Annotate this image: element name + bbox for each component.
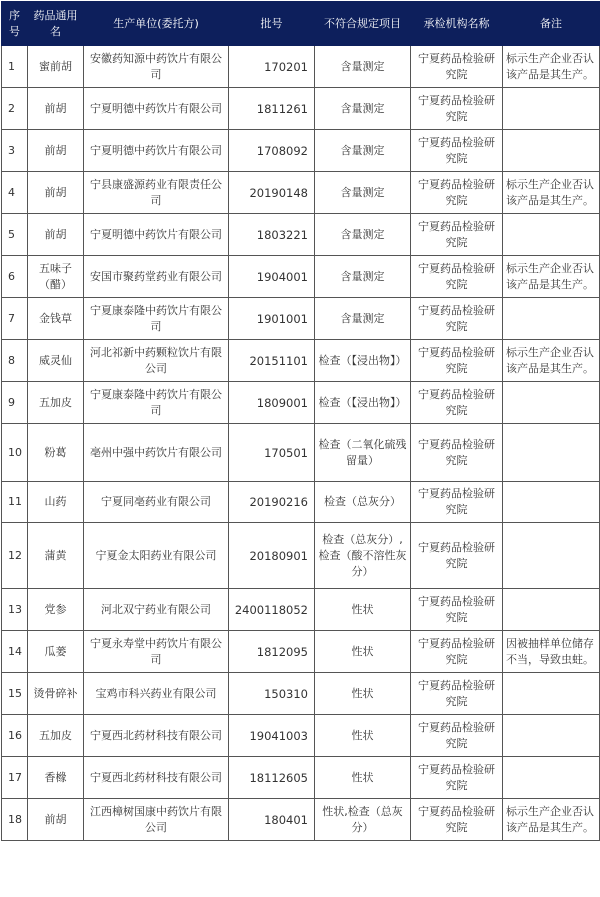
cell-seq: 9 <box>2 382 28 424</box>
cell-batch: 18112605 <box>229 757 315 799</box>
table-row: 12蒲黄宁夏金太阳药业有限公司20180901检查（总灰分）,检查（酸不溶性灰分… <box>2 523 600 589</box>
cell-seq: 3 <box>2 130 28 172</box>
cell-note <box>503 298 600 340</box>
cell-testing-lab: 宁夏药品检验研究院 <box>411 715 503 757</box>
cell-manufacturer: 宁县康盛源药业有限责任公司 <box>84 172 229 214</box>
cell-note <box>503 482 600 523</box>
cell-nonconforming-item: 含量测定 <box>315 172 411 214</box>
cell-seq: 6 <box>2 256 28 298</box>
cell-seq: 14 <box>2 631 28 673</box>
nonconforming-drugs-table: 序号 药品通用名 生产单位(委托方) 批号 不符合规定项目 承检机构名称 备注 … <box>1 1 600 841</box>
cell-testing-lab: 宁夏药品检验研究院 <box>411 340 503 382</box>
table-row: 7金钱草宁夏康泰隆中药饮片有限公司1901001含量测定宁夏药品检验研究院 <box>2 298 600 340</box>
cell-batch: 1708092 <box>229 130 315 172</box>
table-row: 13党参河北双宁药业有限公司2400118052性状宁夏药品检验研究院 <box>2 589 600 631</box>
cell-batch: 170201 <box>229 46 315 88</box>
cell-nonconforming-item: 含量测定 <box>315 130 411 172</box>
cell-note <box>503 757 600 799</box>
cell-manufacturer: 安徽药知源中药饮片有限公司 <box>84 46 229 88</box>
cell-manufacturer: 宁夏康泰隆中药饮片有限公司 <box>84 298 229 340</box>
cell-seq: 15 <box>2 673 28 715</box>
cell-manufacturer: 河北祁新中药颗粒饮片有限公司 <box>84 340 229 382</box>
cell-note: 因被抽样单位储存不当，导致虫蛀。 <box>503 631 600 673</box>
cell-testing-lab: 宁夏药品检验研究院 <box>411 424 503 482</box>
cell-drug-name: 前胡 <box>28 130 84 172</box>
header-drug-name: 药品通用名 <box>28 2 84 46</box>
cell-batch: 1812095 <box>229 631 315 673</box>
table-row: 8威灵仙河北祁新中药颗粒饮片有限公司20151101检查（【浸出物】）宁夏药品检… <box>2 340 600 382</box>
cell-testing-lab: 宁夏药品检验研究院 <box>411 631 503 673</box>
table-row: 1蜜前胡安徽药知源中药饮片有限公司170201含量测定宁夏药品检验研究院标示生产… <box>2 46 600 88</box>
header-testing-lab: 承检机构名称 <box>411 2 503 46</box>
cell-nonconforming-item: 检查（总灰分） <box>315 482 411 523</box>
cell-batch: 180401 <box>229 799 315 841</box>
cell-seq: 1 <box>2 46 28 88</box>
cell-testing-lab: 宁夏药品检验研究院 <box>411 523 503 589</box>
table-row: 10粉葛亳州中强中药饮片有限公司170501检查（二氧化硫残留量）宁夏药品检验研… <box>2 424 600 482</box>
cell-batch: 2400118052 <box>229 589 315 631</box>
cell-testing-lab: 宁夏药品检验研究院 <box>411 589 503 631</box>
table-row: 3前胡宁夏明德中药饮片有限公司1708092含量测定宁夏药品检验研究院 <box>2 130 600 172</box>
header-batch: 批号 <box>229 2 315 46</box>
header-note: 备注 <box>503 2 600 46</box>
cell-seq: 12 <box>2 523 28 589</box>
cell-batch: 20180901 <box>229 523 315 589</box>
cell-seq: 16 <box>2 715 28 757</box>
cell-nonconforming-item: 含量测定 <box>315 88 411 130</box>
cell-batch: 20190148 <box>229 172 315 214</box>
cell-batch: 1901001 <box>229 298 315 340</box>
cell-nonconforming-item: 性状 <box>315 715 411 757</box>
cell-drug-name: 威灵仙 <box>28 340 84 382</box>
cell-batch: 1803221 <box>229 214 315 256</box>
cell-drug-name: 蜜前胡 <box>28 46 84 88</box>
cell-nonconforming-item: 检查（【浸出物】） <box>315 382 411 424</box>
cell-manufacturer: 宁夏明德中药饮片有限公司 <box>84 130 229 172</box>
cell-seq: 7 <box>2 298 28 340</box>
cell-batch: 170501 <box>229 424 315 482</box>
cell-manufacturer: 宁夏金太阳药业有限公司 <box>84 523 229 589</box>
cell-nonconforming-item: 性状 <box>315 631 411 673</box>
cell-nonconforming-item: 性状,检查（总灰分） <box>315 799 411 841</box>
cell-note <box>503 130 600 172</box>
cell-testing-lab: 宁夏药品检验研究院 <box>411 214 503 256</box>
cell-testing-lab: 宁夏药品检验研究院 <box>411 382 503 424</box>
cell-testing-lab: 宁夏药品检验研究院 <box>411 130 503 172</box>
table-row: 9五加皮宁夏康泰隆中药饮片有限公司1809001检查（【浸出物】）宁夏药品检验研… <box>2 382 600 424</box>
table-row: 11山药宁夏同亳药业有限公司20190216检查（总灰分）宁夏药品检验研究院 <box>2 482 600 523</box>
table-row: 6五味子（醋）安国市聚药堂药业有限公司1904001含量测定宁夏药品检验研究院标… <box>2 256 600 298</box>
cell-seq: 2 <box>2 88 28 130</box>
cell-manufacturer: 亳州中强中药饮片有限公司 <box>84 424 229 482</box>
cell-drug-name: 前胡 <box>28 88 84 130</box>
table-header-row: 序号 药品通用名 生产单位(委托方) 批号 不符合规定项目 承检机构名称 备注 <box>2 2 600 46</box>
cell-note <box>503 589 600 631</box>
cell-note: 标示生产企业否认该产品是其生产。 <box>503 799 600 841</box>
cell-seq: 10 <box>2 424 28 482</box>
cell-note: 标示生产企业否认该产品是其生产。 <box>503 256 600 298</box>
cell-nonconforming-item: 检查（总灰分）,检查（酸不溶性灰分） <box>315 523 411 589</box>
cell-drug-name: 粉葛 <box>28 424 84 482</box>
cell-nonconforming-item: 检查（二氧化硫残留量） <box>315 424 411 482</box>
cell-drug-name: 党参 <box>28 589 84 631</box>
cell-testing-lab: 宁夏药品检验研究院 <box>411 88 503 130</box>
cell-manufacturer: 宁夏西北药材科技有限公司 <box>84 757 229 799</box>
cell-note <box>503 673 600 715</box>
cell-testing-lab: 宁夏药品检验研究院 <box>411 673 503 715</box>
cell-batch: 20190216 <box>229 482 315 523</box>
cell-testing-lab: 宁夏药品检验研究院 <box>411 482 503 523</box>
cell-manufacturer: 宁夏明德中药饮片有限公司 <box>84 88 229 130</box>
cell-note <box>503 214 600 256</box>
cell-note <box>503 382 600 424</box>
cell-drug-name: 金钱草 <box>28 298 84 340</box>
cell-seq: 8 <box>2 340 28 382</box>
cell-batch: 1809001 <box>229 382 315 424</box>
cell-manufacturer: 河北双宁药业有限公司 <box>84 589 229 631</box>
cell-batch: 20151101 <box>229 340 315 382</box>
cell-seq: 18 <box>2 799 28 841</box>
header-manufacturer: 生产单位(委托方) <box>84 2 229 46</box>
cell-nonconforming-item: 性状 <box>315 673 411 715</box>
cell-seq: 4 <box>2 172 28 214</box>
cell-testing-lab: 宁夏药品检验研究院 <box>411 172 503 214</box>
cell-manufacturer: 宝鸡市科兴药业有限公司 <box>84 673 229 715</box>
cell-testing-lab: 宁夏药品检验研究院 <box>411 46 503 88</box>
table-row: 2前胡宁夏明德中药饮片有限公司1811261含量测定宁夏药品检验研究院 <box>2 88 600 130</box>
cell-manufacturer: 安国市聚药堂药业有限公司 <box>84 256 229 298</box>
cell-seq: 13 <box>2 589 28 631</box>
header-nonconforming-item: 不符合规定项目 <box>315 2 411 46</box>
cell-drug-name: 前胡 <box>28 214 84 256</box>
table-row: 5前胡宁夏明德中药饮片有限公司1803221含量测定宁夏药品检验研究院 <box>2 214 600 256</box>
cell-batch: 1811261 <box>229 88 315 130</box>
cell-testing-lab: 宁夏药品检验研究院 <box>411 799 503 841</box>
cell-manufacturer: 宁夏西北药材科技有限公司 <box>84 715 229 757</box>
cell-drug-name: 香橼 <box>28 757 84 799</box>
table-row: 17香橼宁夏西北药材科技有限公司18112605性状宁夏药品检验研究院 <box>2 757 600 799</box>
cell-drug-name: 五加皮 <box>28 382 84 424</box>
cell-batch: 19041003 <box>229 715 315 757</box>
cell-drug-name: 前胡 <box>28 172 84 214</box>
cell-nonconforming-item: 含量测定 <box>315 46 411 88</box>
header-seq: 序号 <box>2 2 28 46</box>
cell-batch: 1904001 <box>229 256 315 298</box>
cell-testing-lab: 宁夏药品检验研究院 <box>411 757 503 799</box>
cell-seq: 11 <box>2 482 28 523</box>
cell-drug-name: 瓜蒌 <box>28 631 84 673</box>
cell-note: 标示生产企业否认该产品是其生产。 <box>503 172 600 214</box>
cell-note <box>503 715 600 757</box>
cell-drug-name: 烫骨碎补 <box>28 673 84 715</box>
cell-manufacturer: 宁夏康泰隆中药饮片有限公司 <box>84 382 229 424</box>
cell-note <box>503 88 600 130</box>
cell-note <box>503 424 600 482</box>
cell-batch: 150310 <box>229 673 315 715</box>
cell-seq: 17 <box>2 757 28 799</box>
cell-drug-name: 山药 <box>28 482 84 523</box>
cell-nonconforming-item: 性状 <box>315 757 411 799</box>
cell-nonconforming-item: 含量测定 <box>315 256 411 298</box>
cell-drug-name: 五加皮 <box>28 715 84 757</box>
cell-note <box>503 523 600 589</box>
cell-nonconforming-item: 检查（【浸出物】） <box>315 340 411 382</box>
cell-nonconforming-item: 含量测定 <box>315 298 411 340</box>
cell-manufacturer: 宁夏永寿堂中药饮片有限公司 <box>84 631 229 673</box>
cell-drug-name: 蒲黄 <box>28 523 84 589</box>
cell-testing-lab: 宁夏药品检验研究院 <box>411 256 503 298</box>
cell-manufacturer: 江西樟树国康中药饮片有限公司 <box>84 799 229 841</box>
cell-nonconforming-item: 含量测定 <box>315 214 411 256</box>
cell-nonconforming-item: 性状 <box>315 589 411 631</box>
table-row: 16五加皮宁夏西北药材科技有限公司19041003性状宁夏药品检验研究院 <box>2 715 600 757</box>
cell-testing-lab: 宁夏药品检验研究院 <box>411 298 503 340</box>
cell-manufacturer: 宁夏明德中药饮片有限公司 <box>84 214 229 256</box>
table-row: 14瓜蒌宁夏永寿堂中药饮片有限公司1812095性状宁夏药品检验研究院因被抽样单… <box>2 631 600 673</box>
cell-manufacturer: 宁夏同亳药业有限公司 <box>84 482 229 523</box>
cell-drug-name: 五味子（醋） <box>28 256 84 298</box>
table-row: 4前胡宁县康盛源药业有限责任公司20190148含量测定宁夏药品检验研究院标示生… <box>2 172 600 214</box>
cell-note: 标示生产企业否认该产品是其生产。 <box>503 46 600 88</box>
cell-drug-name: 前胡 <box>28 799 84 841</box>
table-row: 15烫骨碎补宝鸡市科兴药业有限公司150310性状宁夏药品检验研究院 <box>2 673 600 715</box>
cell-seq: 5 <box>2 214 28 256</box>
cell-note: 标示生产企业否认该产品是其生产。 <box>503 340 600 382</box>
table-row: 18前胡江西樟树国康中药饮片有限公司180401性状,检查（总灰分）宁夏药品检验… <box>2 799 600 841</box>
